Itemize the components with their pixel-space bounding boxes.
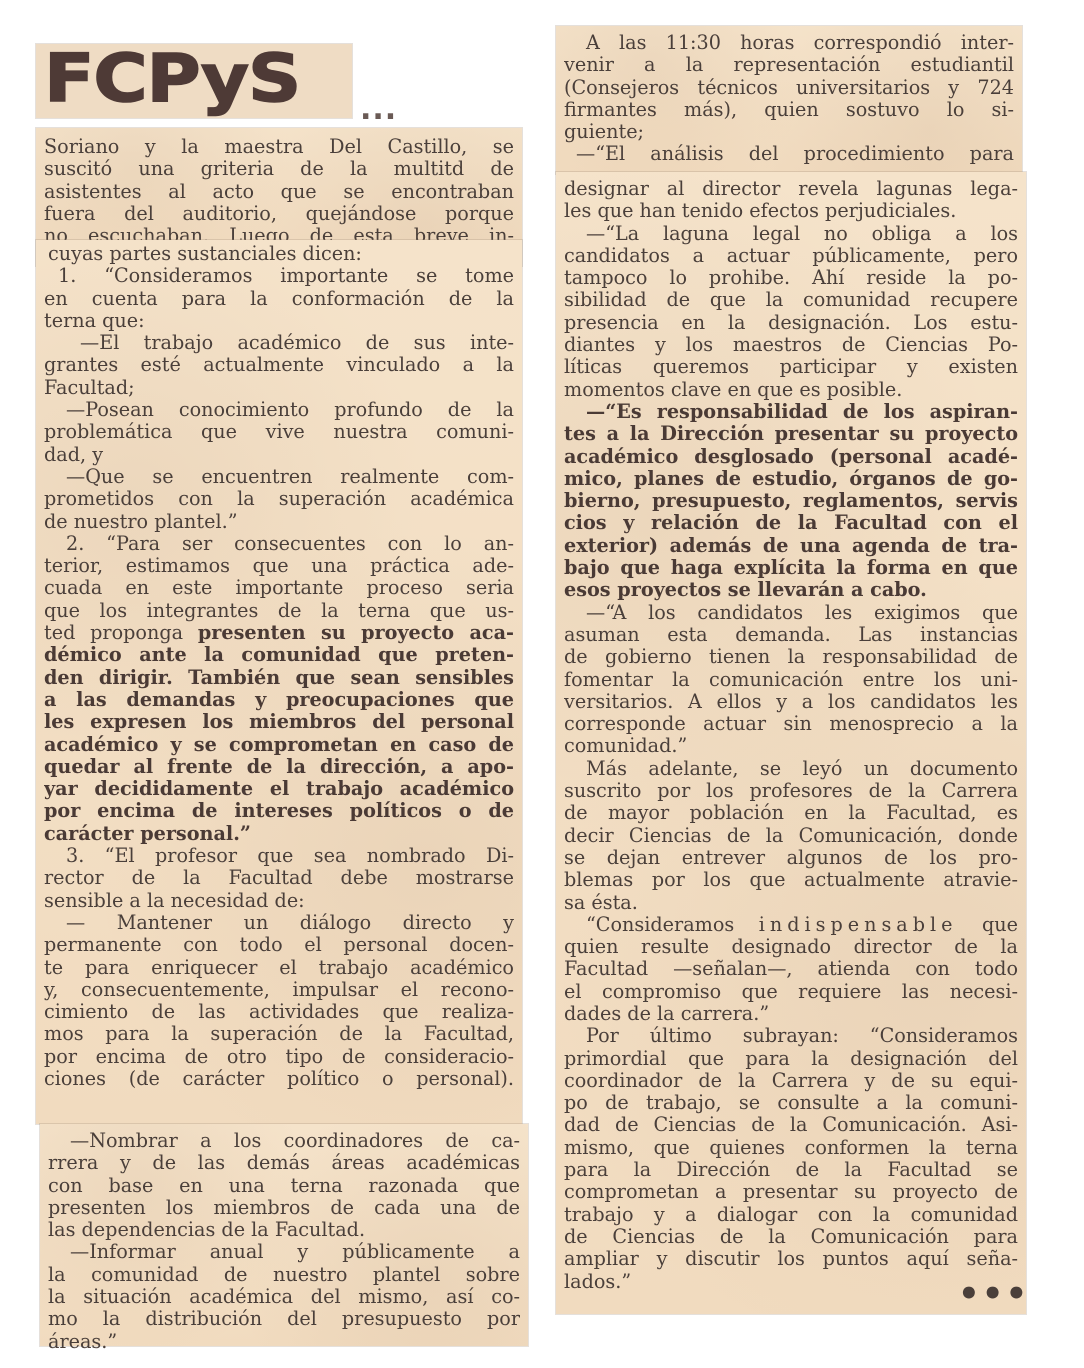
quote-line: —“A los candidatos les exigimos que: [564, 602, 1018, 624]
right-body-text: designar al director revela lagunas lega…: [564, 178, 1018, 1293]
text-line: de nuestro plantel.”: [44, 511, 514, 533]
text-line: diantes y los maestros de Ciencias Po-: [564, 334, 1018, 356]
quote-line: —“El análisis del procedimiento para: [564, 143, 1014, 165]
text-span: ted proponga: [44, 622, 183, 644]
text-line: candidatos a actuar públicamente, pero: [564, 245, 1018, 267]
text-line: designar al director revela lagunas lega…: [564, 178, 1018, 200]
text-line: dad de Ciencias de la Comunicación. Asi-: [564, 1114, 1018, 1136]
bold-line: esos proyectos se llevarán a cabo.: [564, 579, 1018, 601]
text-line: fuera del auditorio, quejándose porque: [44, 203, 514, 225]
text-line: líticas queremos participar y existen: [564, 356, 1018, 378]
text-line: suscitó una griteria de la multitd de: [44, 158, 514, 180]
text-line: dades de la carrera.”: [564, 1003, 1018, 1025]
text-line: asistentes al acto que se encontraban: [44, 181, 514, 203]
bold-line: exterior) además de una agenda de tra-: [564, 535, 1018, 557]
bold-line: démico ante la comunidad que preten-: [44, 644, 514, 666]
text-line: de mayor población en la Facultad, es: [564, 802, 1018, 824]
text-line: terior, estimamos que una práctica ade-: [44, 555, 514, 577]
text-line: con base en una terna razonada que: [48, 1175, 520, 1197]
text-line: dad, y: [44, 444, 514, 466]
bold-line: carácter personal.”: [44, 823, 514, 845]
text-line: permanente con todo el personal docen-: [44, 934, 514, 956]
quote-line: —“La laguna legal no obliga a los: [564, 223, 1018, 245]
text-line: grantes esté actualmente vinculado a la: [44, 354, 514, 376]
text-line: presenten los miembros de cada una de: [48, 1197, 520, 1219]
text-line: mismo, que quienes conformen la terna: [564, 1137, 1018, 1159]
text-line: Facultad;: [44, 377, 514, 399]
bold-line: bierno, presupuesto, reglamentos, servis: [564, 490, 1018, 512]
text-line: po de trabajo, se consulte a la comuni-: [564, 1092, 1018, 1114]
text-line: y, consecuentemente, impulsar el recono-: [44, 979, 514, 1001]
text-line: corresponde actuar sin menosprecio a la: [564, 713, 1018, 735]
text-line: firmantes más), quien sostuvo lo si-: [564, 99, 1014, 121]
text-line: momentos clave en que es posible.: [564, 379, 1018, 401]
left-clipping-2: cuyas partes sustanciales dicen: 1. “Con…: [36, 240, 522, 1124]
text-line: lados.”: [564, 1271, 1018, 1293]
text-line: comprometan a presentar su proyecto de: [564, 1181, 1018, 1203]
text-line: prometidos con la superación académica: [44, 488, 514, 510]
text-line: cuyas partes sustanciales dicen:: [44, 243, 514, 265]
text-line: sensible a la necesidad de:: [44, 890, 514, 912]
text-line: de gobierno tienen la responsabilidad de: [564, 646, 1018, 668]
text-line: Por último subrayan: “Consideramos: [564, 1025, 1018, 1047]
text-line: Soriano y la maestra Del Castillo, se: [44, 136, 514, 158]
text-line: les que han tenido efectos perjudiciales…: [564, 200, 1018, 222]
text-line: las dependencias de la Facultad.: [48, 1219, 520, 1241]
bold-line: bajo que haga explícita la forma en que: [564, 557, 1018, 579]
text-line: sibilidad de que la comunidad recupere: [564, 289, 1018, 311]
text-line: rector de la Facultad debe mostrarse: [44, 867, 514, 889]
text-line: cimiento de las actividades que realiza-: [44, 1001, 514, 1023]
headline-title: FCPyS: [44, 42, 300, 116]
right-clipping-2: designar al director revela lagunas lega…: [556, 172, 1026, 1314]
bold-line: cios y relación de la Facultad con el: [564, 512, 1018, 534]
text-line: áreas.”: [48, 1331, 520, 1353]
text-line: se dejan entrever algunos de los pro-: [564, 847, 1018, 869]
headline-clipping: FCPyS: [36, 44, 352, 118]
text-line: cuada en este importante proceso seria: [44, 577, 514, 599]
sub-item: —Que se encuentren realmente com-: [44, 466, 514, 488]
text-line: te para enriquecer el trabajo académico: [44, 957, 514, 979]
text-line: terna que:: [44, 310, 514, 332]
text-line: comunidad.”: [564, 735, 1018, 757]
text-line-mixed: ted proponga presenten su proyecto aca-: [44, 622, 514, 644]
text-line: suscrito por los profesores de la Carrer…: [564, 780, 1018, 802]
text-line: primordial que para la designación del: [564, 1048, 1018, 1070]
list-item-2: 2. “Para ser consecuentes con lo an-: [44, 533, 514, 555]
sub-item: — Mantener un diálogo directo y: [44, 912, 514, 934]
text-line: presencia en la designación. Los estu-: [564, 312, 1018, 334]
text-line: trabajo y a dialogar con la comunidad: [564, 1204, 1018, 1226]
text-line: por encima de otro tipo de consideracio-: [44, 1046, 514, 1068]
text-span: “Consideramos: [586, 914, 734, 936]
bold-line: quedar al frente de la dirección, a apo-: [44, 756, 514, 778]
headline-ellipsis: ...: [360, 92, 397, 127]
text-line: Más adelante, se leyó un documento: [564, 758, 1018, 780]
bold-line: les expresen los miembros del personal: [44, 711, 514, 733]
list-item-1: 1. “Consideramos importante se tome: [44, 265, 514, 287]
text-line: quien resulte designado director de la: [564, 936, 1018, 958]
bold-line: a las demandas y preocupaciones que: [44, 689, 514, 711]
sub-item: —Posean conocimiento profundo de la: [44, 399, 514, 421]
text-line: Facultad —señalan—, atienda con todo: [564, 958, 1018, 980]
text-line: ampliar y discutir los puntos aquí seña-: [564, 1248, 1018, 1270]
right-intro-text: A las 11:30 horas correspondió inter- ve…: [564, 32, 1014, 166]
text-line: guiente;: [564, 121, 1014, 143]
text-line: A las 11:30 horas correspondió inter-: [564, 32, 1014, 54]
text-line: para la Dirección de la Facultad se: [564, 1159, 1018, 1181]
right-clipping-1: A las 11:30 horas correspondió inter- ve…: [556, 26, 1022, 174]
text-line: versitarios. A ellos y a los candidatos …: [564, 691, 1018, 713]
bold-line: den dirigir. También que sean sensibles: [44, 667, 514, 689]
text-line: ciones (de carácter político o personal)…: [44, 1068, 514, 1090]
sub-item: —Informar anual y públicamente a: [48, 1241, 520, 1263]
text-line: la comunidad de nuestro plantel sobre: [48, 1264, 520, 1286]
sub-item: —El trabajo académico de sus inte-: [44, 332, 514, 354]
text-line: blemas por los que actualmente atravie-: [564, 869, 1018, 891]
text-line: la situación académica del mismo, así co…: [48, 1286, 520, 1308]
text-line: mo la distribución del presupuesto por: [48, 1308, 520, 1330]
text-line: el compromiso que requiere las necesi-: [564, 981, 1018, 1003]
text-line: tampoco lo prohibe. Ahí reside la po-: [564, 267, 1018, 289]
text-span: que: [982, 914, 1018, 936]
bold-line: por encima de intereses políticos o de: [44, 800, 514, 822]
spaced-word: indispensable: [759, 914, 958, 936]
text-line: fomentar la comunicación entre los uni-: [564, 669, 1018, 691]
text-line: sa ésta.: [564, 892, 1018, 914]
left-clipping-3: —Nombrar a los coordinadores de ca- rrer…: [40, 1124, 528, 1346]
text-line: venir a la representación estudiantil: [564, 54, 1014, 76]
left-body-text: cuyas partes sustanciales dicen: 1. “Con…: [44, 243, 514, 1090]
text-line: problemática que vive nuestra comuni-: [44, 421, 514, 443]
text-line: coordinador de la Carrera y de su equi-: [564, 1070, 1018, 1092]
text-line-mixed: “Consideramos indispensable que: [564, 914, 1018, 936]
bold-line: tes a la Dirección presentar su proyecto: [564, 423, 1018, 445]
text-line: decir Ciencias de la Comunicación, donde: [564, 825, 1018, 847]
text-line: mos para la superación de la Facultad,: [44, 1023, 514, 1045]
text-line: rrera y de las demás áreas académicas: [48, 1152, 520, 1174]
sub-item: —Nombrar a los coordinadores de ca-: [48, 1130, 520, 1152]
text-line: en cuenta para la conformación de la: [44, 288, 514, 310]
bold-span: presenten su proyecto aca-: [198, 622, 514, 644]
bold-line: académico desglosado (personal acadé-: [564, 446, 1018, 468]
bold-line: académico y se comprometan en caso de: [44, 734, 514, 756]
text-line: que los integrantes de la terna que us-: [44, 600, 514, 622]
bold-line: yar decididamente el trabajo académico: [44, 778, 514, 800]
end-marker-dots: •••: [958, 1274, 1029, 1314]
bold-line: mico, planes de estudio, órganos de go-: [564, 468, 1018, 490]
bold-quote-line: —“Es responsabilidad de los aspiran-: [564, 401, 1018, 423]
list-item-3: 3. “El profesor que sea nombrado Di-: [44, 845, 514, 867]
text-line: de Ciencias de la Comunicación para: [564, 1226, 1018, 1248]
left-closing-text: —Nombrar a los coordinadores de ca- rrer…: [48, 1130, 520, 1353]
text-line: asuman esta demanda. Las instancias: [564, 624, 1018, 646]
text-line: (Consejeros técnicos universitarios y 72…: [564, 77, 1014, 99]
